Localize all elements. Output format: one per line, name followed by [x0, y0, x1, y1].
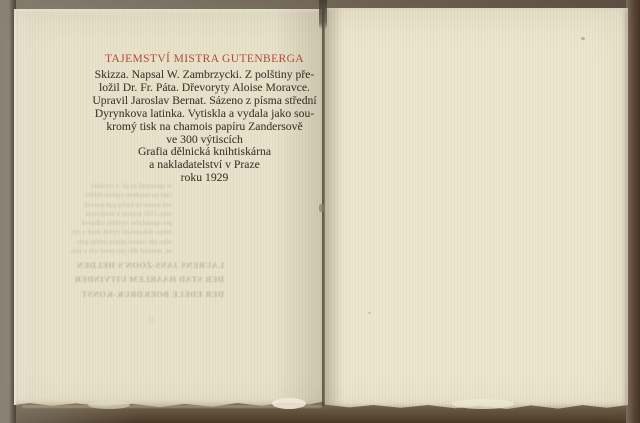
- show-through-line: ního zde tohoto mistra umění pob-: [60, 238, 172, 247]
- show-through-line: mimo dokazovaní výtisk dosti v ryt-: [60, 228, 172, 237]
- show-through-caps-line: DER STAD HAARLEM UITVINDER: [84, 272, 224, 286]
- deckle-edge-highlight: [272, 398, 306, 409]
- show-through-line: roku 1531 komise a dvojryzost: [60, 210, 172, 219]
- show-through-line: také na mnohem zajímavějšího: [60, 191, 172, 200]
- show-through-caps-line: DER EDELE BOEKDRUK-KONST: [84, 287, 224, 301]
- paper-speck: [581, 37, 585, 40]
- cover-edge-right: [626, 0, 640, 423]
- colophon-line: Dyrynkova latinka. Vytiskla a vydala jak…: [78, 108, 331, 121]
- colophon-line: ložil Dr. Fr. Páta. Dřevoryty Aloise Mor…: [78, 82, 331, 95]
- gutter-sewing-mark: [319, 204, 324, 212]
- paper-speck: [368, 312, 371, 314]
- show-through-page-number: 12: [148, 316, 155, 324]
- right-page-blank: [325, 8, 628, 409]
- show-through-text-small: le upozornil na př. v revalské také na m…: [60, 182, 172, 256]
- show-through-line: né, neméně dílo pro první rok v tisk-: [60, 247, 172, 256]
- deckle-edge-highlight: [452, 399, 514, 409]
- colophon-line: Upravil Jaroslav Bernat. Sázeno z písma …: [78, 95, 331, 108]
- colophon-line: Skizza. Napsal W. Zambrzycki. Z polštiny…: [78, 69, 331, 82]
- show-through-line: pro spodolatve vytištěn odbarvil: [60, 219, 172, 228]
- colophon-title: TAJEMSTVÍ MISTRA GUTENBERGA: [78, 52, 331, 66]
- show-through-caps-line: LAURENS JANS-ZOON'S HELDEN: [84, 258, 224, 272]
- cover-edge-left: [0, 0, 16, 423]
- colophon-block: TAJEMSTVÍ MISTRA GUTENBERGA Skizza. Naps…: [78, 52, 331, 185]
- deckle-edge-highlight: [88, 401, 130, 409]
- show-through-line: le upozornil na př. v revalské: [60, 182, 172, 191]
- show-through-line: než pouze na knihu pan pozvali: [60, 201, 172, 210]
- book-spread-photo: TAJEMSTVÍ MISTRA GUTENBERGA Skizza. Naps…: [0, 0, 640, 423]
- show-through-text-caps: LAURENS JANS-ZOON'S HELDEN DER STAD HAAR…: [84, 258, 224, 301]
- colophon-line: kromý tisk na chamois papíru Zandersově: [78, 121, 331, 134]
